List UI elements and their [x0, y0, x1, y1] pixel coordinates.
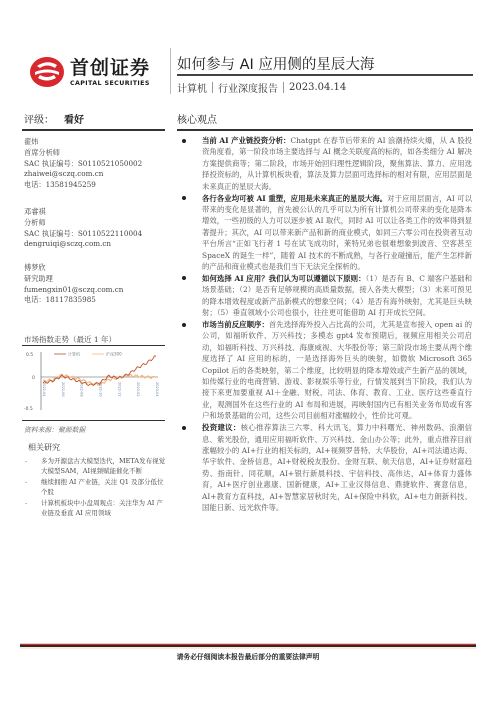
analyst-email[interactable]: fumengxin01@sczq.com.cn: [24, 285, 123, 296]
point-body: 对于应用层面言，AI 可以带来的变化是显著的，首先被公认的几乎可以为所有计算机公…: [202, 194, 472, 271]
svg-text:2023-04: 2023-04: [155, 382, 159, 397]
subtitle-report-type: 行业深度报告: [218, 80, 278, 95]
analyst-email[interactable]: dengruiqi@sczq.com.cn: [24, 239, 142, 250]
related-research-item[interactable]: 继续拥抱 AI 产业链，关注 Q1 及部分低位个股: [24, 477, 166, 497]
svg-text:2022-08: 2022-08: [80, 382, 84, 397]
svg-text:0: 0: [32, 375, 35, 381]
subtitle-industry: 计算机: [177, 80, 207, 95]
chart-title: 市场指数走势（最近 1 年）: [24, 334, 116, 345]
core-views-title: 核心观点: [177, 111, 217, 126]
point-heading: 当前 AI 产业链投资分析：: [202, 136, 290, 145]
svg-text:2022-04: 2022-04: [42, 382, 46, 397]
core-view-point: 市场当前反应顺序：首先选择海外投入占比高的公司，尤其是宣布接入 open ai …: [180, 319, 472, 422]
market-index-chart: 0.5 0 -0.5 计算机 沪深300 2022-042022-062022-…: [22, 346, 165, 416]
logo-mark-icon: [28, 53, 66, 91]
logo-cn-text: 首创证券: [70, 57, 150, 79]
point-body: 首先选择海外投入占比高的公司，尤其是宣布接入 open ai 的公司，如福昕软件…: [202, 320, 472, 420]
svg-text:计算机: 计算机: [68, 351, 80, 357]
report-subtitle: 计算机 行业深度报告 2023.04.14: [177, 80, 346, 95]
subtitle-date: 2023.04.14: [289, 82, 346, 93]
footer-rule-accent: [20, 644, 476, 645]
rating: 评级：看好: [24, 111, 84, 126]
analyst-role: 分析师: [24, 218, 142, 229]
point-body: 核心推荐算法三六零、科大讯飞，算力中科曙光、神州数码、浪潮信息、紫光股份，通用应…: [202, 423, 472, 512]
bullet-icon: [182, 323, 186, 327]
svg-text:2023-02: 2023-02: [136, 382, 140, 397]
core-view-point: 投资建议：核心推荐算法三六零、科大讯飞，算力中科曙光、神州数码、浪潮信息、紫光股…: [180, 422, 472, 513]
rating-label: 评级：: [24, 115, 54, 126]
title-rule: [177, 74, 473, 76]
related-research-title: 相关研究: [28, 442, 60, 453]
point-heading: 市场当前反应顺序：: [202, 320, 269, 329]
analyst-name: 翟炜: [24, 137, 142, 148]
analyst-card: 傅梦欣 研究助理 fumengxin01@sczq.com.cn 电话：1811…: [24, 263, 123, 306]
svg-text:2022-12: 2022-12: [117, 382, 121, 397]
analyst-role: 首席分析师: [24, 148, 142, 159]
svg-text:沪深300: 沪深300: [106, 351, 122, 357]
bullet-icon: [182, 426, 186, 430]
svg-text:2022-06: 2022-06: [61, 382, 65, 397]
related-research-item[interactable]: 多为开源盘古大模型迭代，META发布视觉大模型SAM，AI视频赋能催化不断: [24, 456, 166, 476]
rating-value: 看好: [64, 115, 84, 126]
footer-rule: [20, 645, 476, 647]
related-research-item[interactable]: 计算机板块中小盘周观点：关注华为 AI 产业链及垂直 AI 应用领域: [24, 498, 166, 518]
header-divider: [170, 48, 171, 94]
core-views-list: 当前 AI 产业链投资分析：Chatgpt 在春节后带来的 AI 浪潮持续火爆，…: [180, 135, 472, 514]
analyst-sac: SAC 执证编号：S0110521050002: [24, 159, 142, 170]
point-heading: 各行各业均可被 AI 重塑，应用是未来真正的星辰大海。: [202, 194, 387, 203]
report-title: 如何参与 AI 应用侧的星辰大海: [177, 53, 374, 74]
rating-rule: [22, 129, 165, 131]
point-heading: 投资建议：: [202, 423, 241, 432]
bullet-icon: [182, 196, 186, 200]
analyst-sac: SAC 执证编号：S0110522110004: [24, 229, 142, 240]
svg-text:0.5: 0.5: [26, 352, 33, 358]
svg-text:2022-10: 2022-10: [99, 382, 103, 397]
legal-disclaimer-note: 请务必仔细阅读本报告最后部分的重要法律声明: [0, 651, 496, 661]
analyst-card: 翟炜 首席分析师 SAC 执证编号：S0110521050002 zhaiwei…: [24, 137, 142, 191]
analyst-role: 研究助理: [24, 274, 123, 285]
chart-source: 资料来源：聚源数据: [24, 424, 85, 434]
related-research-list: 多为开源盘古大模型迭代，META发布视觉大模型SAM，AI视频赋能催化不断 继续…: [24, 456, 166, 519]
analyst-name: 傅梦欣: [24, 263, 123, 274]
analyst-card: 邓睿祺 分析师 SAC 执证编号：S0110522110004 dengruiq…: [24, 207, 142, 250]
analyst-phone: 电话：18117835985: [24, 295, 123, 306]
analyst-email[interactable]: zhaiwei@sczq.com.cn: [24, 169, 142, 180]
subtitle-separator: [212, 82, 213, 93]
core-view-point: 各行各业均可被 AI 重塑，应用是未来真正的星辰大海。对于应用层面言，AI 可以…: [180, 193, 472, 273]
core-view-point: 如何选择 AI 应用？我们认为可以遵循以下原则：（1）是否有 B、C 端客户基础…: [180, 273, 472, 319]
analyst-name: 邓睿祺: [24, 207, 142, 218]
company-logo: 首创证券 CAPITAL SECURITIES: [28, 52, 163, 92]
point-heading: 如何选择 AI 应用？我们认为可以遵循以下原则：: [202, 274, 366, 283]
bullet-icon: [182, 276, 186, 280]
bullet-icon: [182, 139, 186, 143]
logo-en-text: CAPITAL SECURITIES: [70, 79, 150, 88]
chart-bottom-rule: [22, 420, 165, 421]
subtitle-separator: [283, 82, 284, 93]
analyst-phone: 电话：13581945259: [24, 180, 142, 191]
core-views-rule: [177, 129, 473, 131]
line-chart: 0.5 0 -0.5 计算机 沪深300 2022-042022-062022-…: [22, 346, 165, 416]
core-view-point: 当前 AI 产业链投资分析：Chatgpt 在春节后带来的 AI 浪潮持续火爆，…: [180, 135, 472, 192]
svg-text:-0.5: -0.5: [24, 406, 33, 412]
